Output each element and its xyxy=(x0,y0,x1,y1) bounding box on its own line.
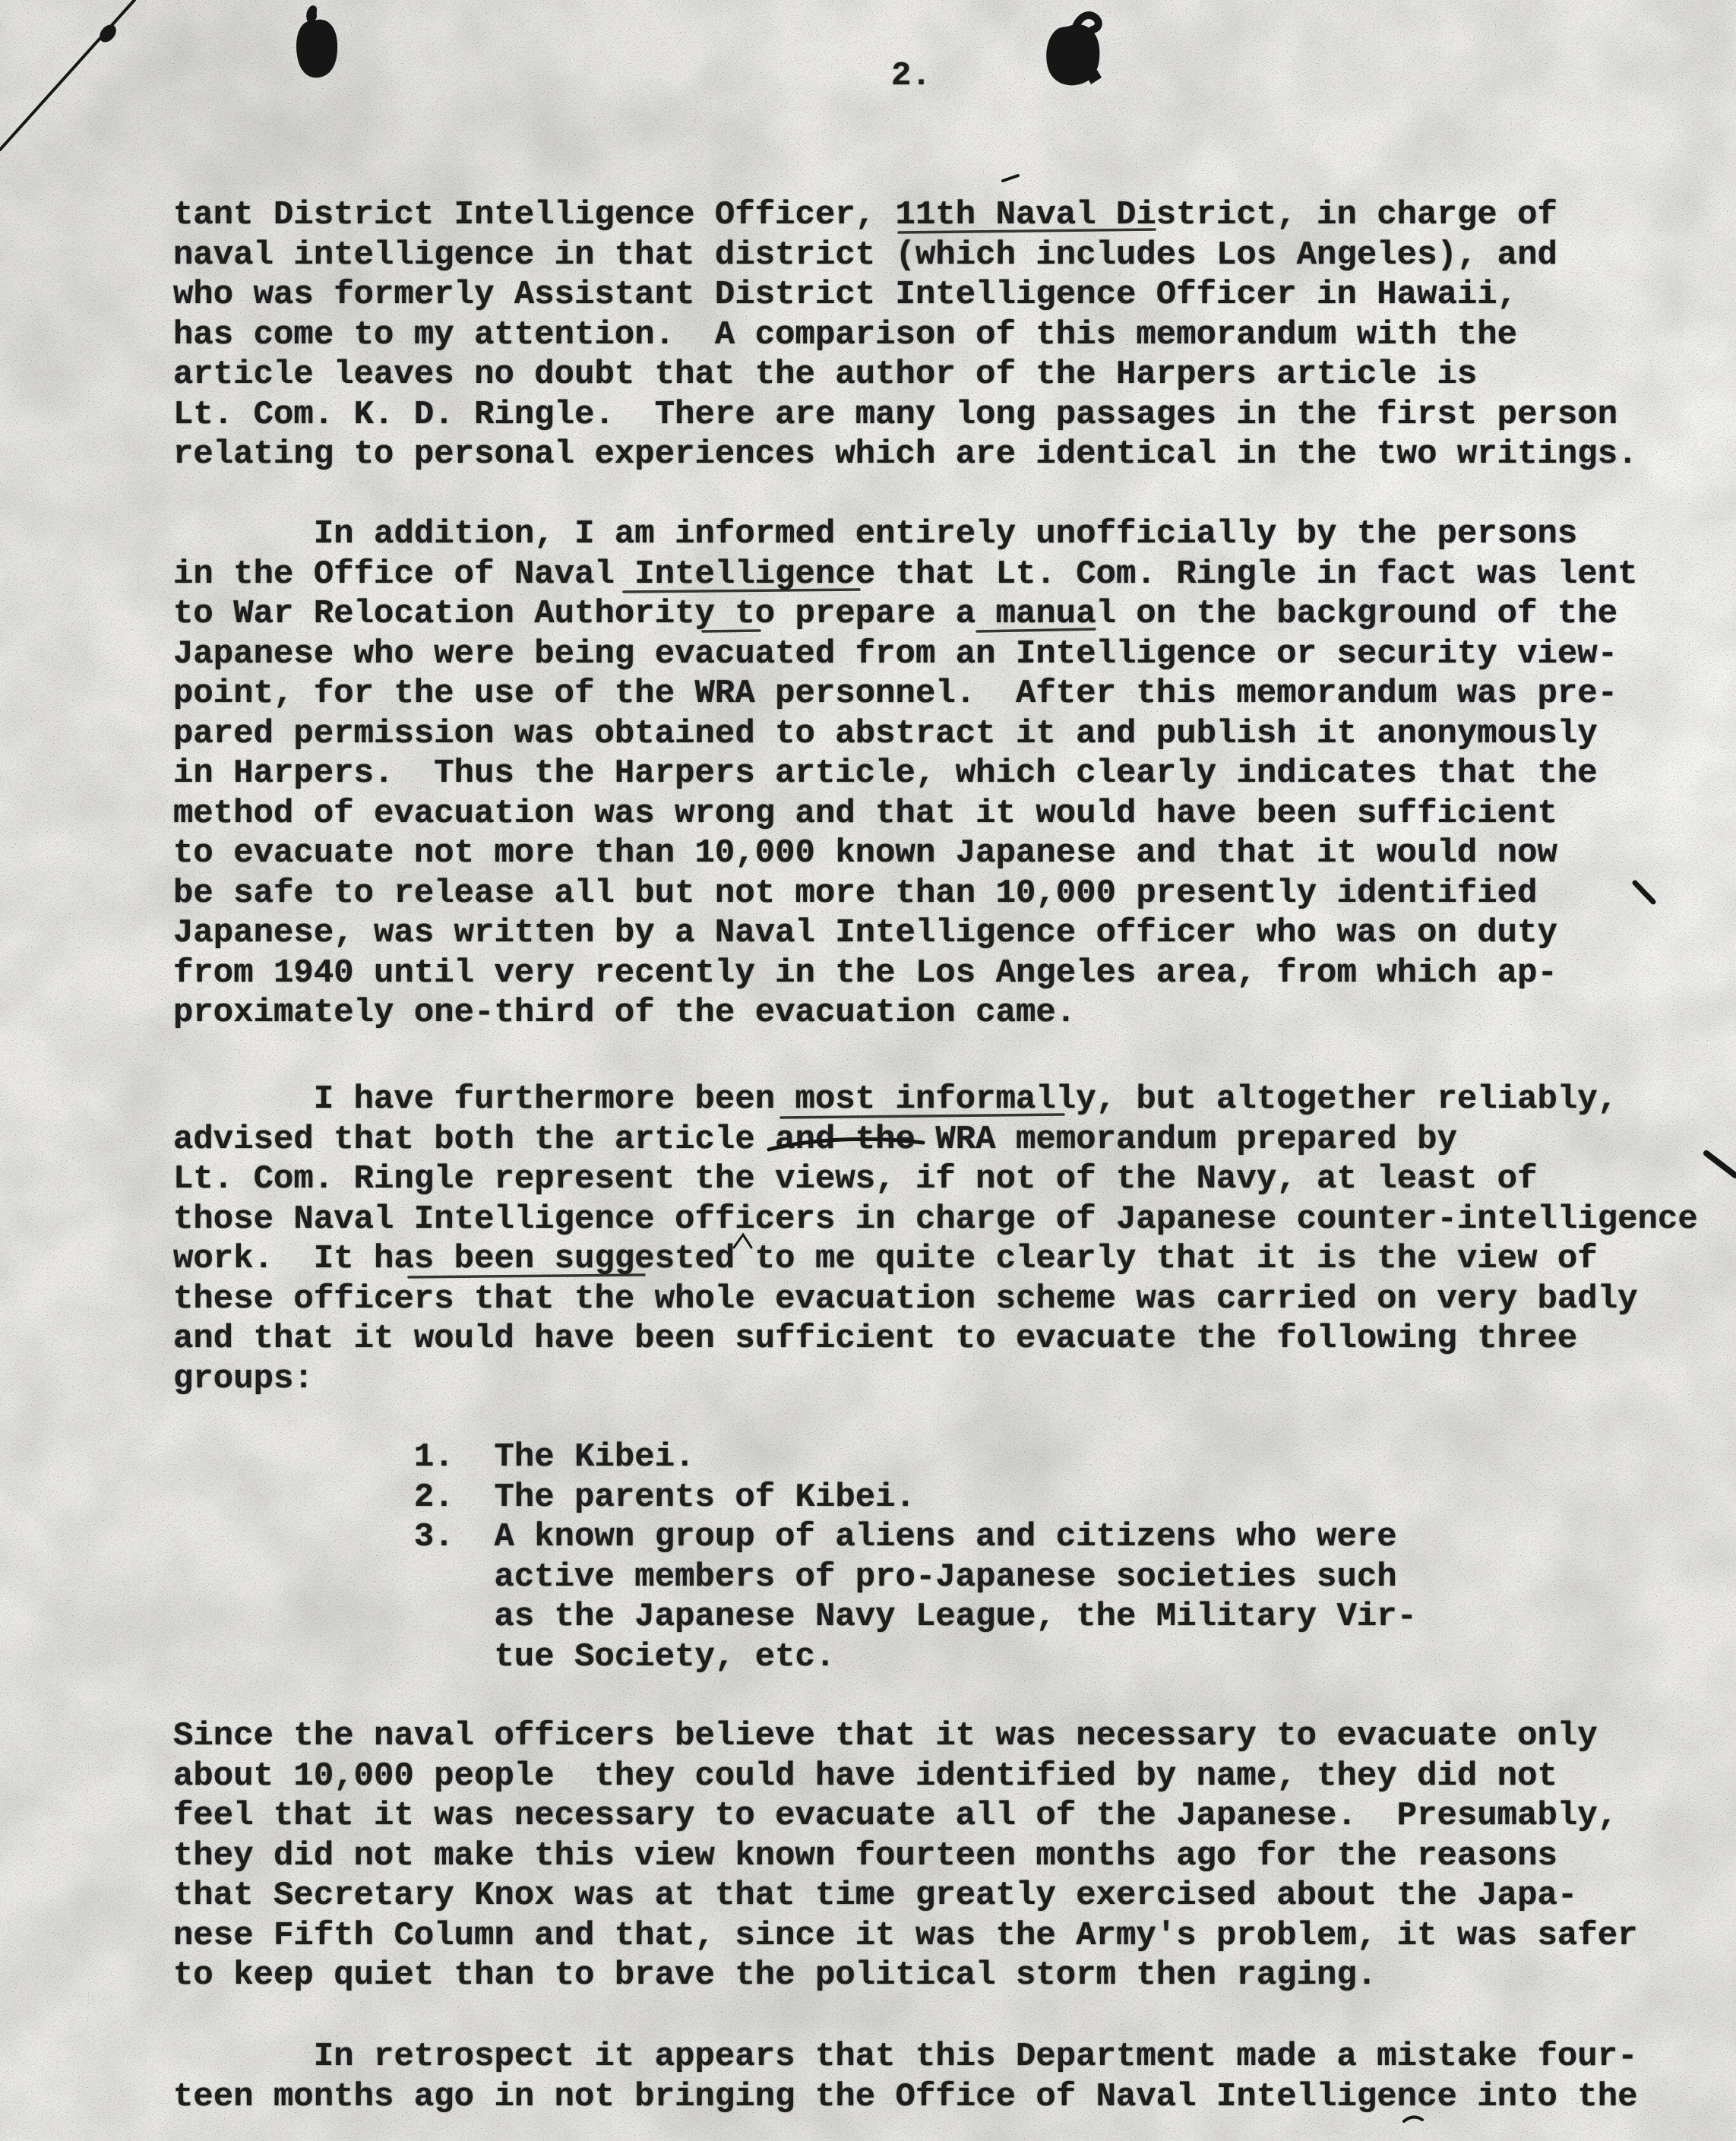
ink-blot-left xyxy=(296,20,337,77)
pen-stroke-2 xyxy=(1706,1153,1735,1175)
evacuation-groups-list: 1. The Kibei. 2. The parents of Kibei. 3… xyxy=(173,1437,1417,1677)
paragraph-5: In retrospect it appears that this Depar… xyxy=(173,2037,1638,2117)
paragraph-3: I have furthermore been most informally,… xyxy=(173,1080,1698,1399)
paragraph-1: tant District Intelligence Officer, 11th… xyxy=(173,195,1638,475)
paragraph-4: Since the naval officers believe that it… xyxy=(173,1716,1638,1996)
pen-stroke-1 xyxy=(1635,883,1653,902)
page-number: 2. xyxy=(891,56,931,96)
document-page: 2. tant District Intelligence Officer, 1… xyxy=(0,0,1736,2141)
corner-scratch-line xyxy=(0,0,134,150)
ink-blot-right xyxy=(1046,24,1099,85)
paragraph-2: In addition, I am informed entirely unof… xyxy=(173,514,1638,1033)
